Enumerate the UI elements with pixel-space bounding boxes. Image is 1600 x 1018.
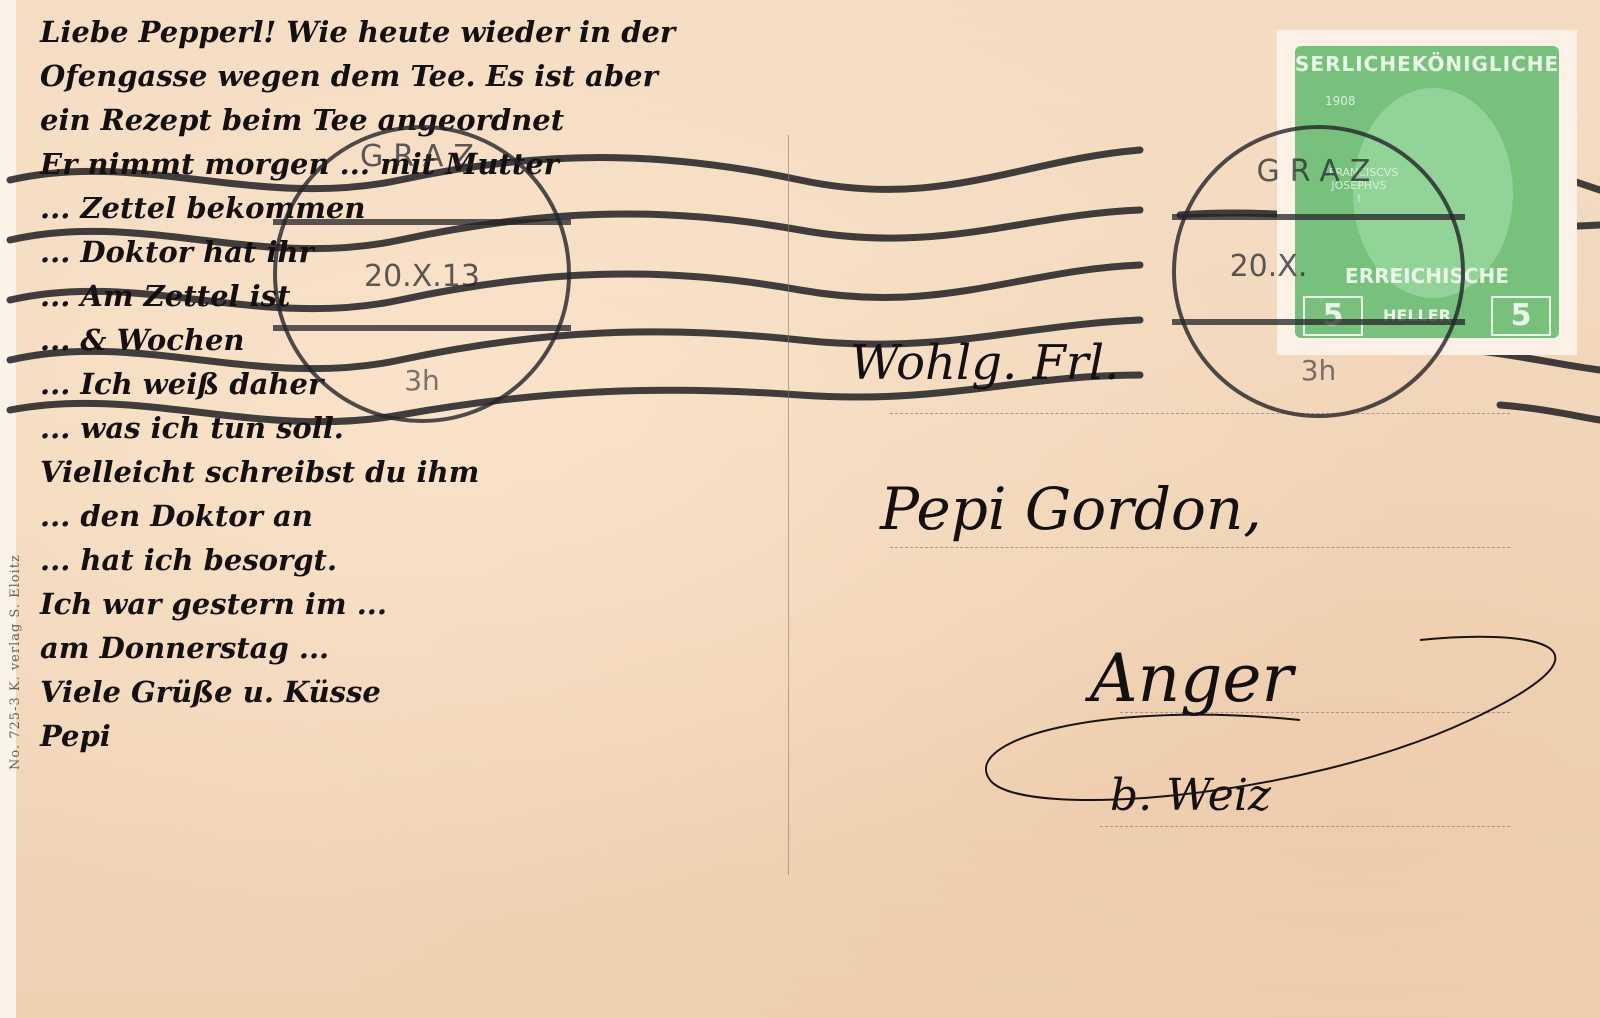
postmark-city: GRAZ <box>277 139 567 174</box>
postmark-time: 3h <box>277 364 567 397</box>
postmark-bar <box>273 325 571 331</box>
postmark-date: 20.X.13 <box>277 259 567 294</box>
postmark-right: GRAZ 20.X. 3h <box>1172 125 1465 418</box>
postmark-left: GRAZ 20.X.13 3h <box>273 125 571 423</box>
postmark-time: 3h <box>1176 354 1461 387</box>
postmark-date: 20.X. <box>1126 249 1411 284</box>
stamp-arc-text-top: SERLICHEKÖNIGLICHE <box>1295 52 1559 76</box>
postmark-city: GRAZ <box>1176 154 1461 189</box>
postmark-bar <box>1172 214 1465 220</box>
postmark-bar <box>1172 319 1465 325</box>
postcard: No. 725-3 K. verlag S. Eloitz Liebe Pepp… <box>0 0 1600 1018</box>
postmark-bar <box>273 219 571 225</box>
stamp-value-right: 5 <box>1491 296 1551 336</box>
stamp-year: 1908 <box>1325 94 1356 108</box>
